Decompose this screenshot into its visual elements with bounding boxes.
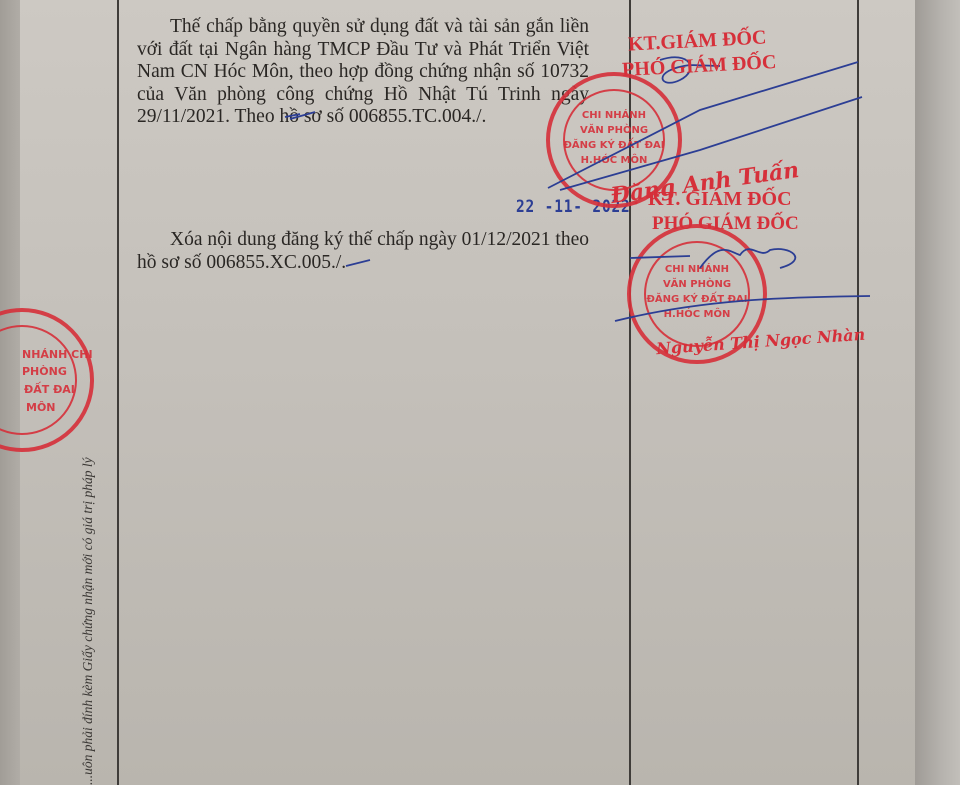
- entry-text: Xóa nội dung đăng ký thế chấp ngày 01/12…: [137, 229, 589, 274]
- background-left: [0, 0, 22, 785]
- entry-text: Thế chấp bằng quyền sử dụng đất và tài s…: [137, 16, 589, 129]
- column-divider: [629, 0, 631, 785]
- background-right: [915, 0, 960, 785]
- entry-mortgage-deletion: Xóa nội dung đăng ký thế chấp ngày 01/12…: [137, 229, 589, 274]
- signature-subtitle: PHÓ GIÁM ĐỐC: [652, 213, 799, 235]
- signature-title: KT. GIÁM ĐỐC: [648, 188, 792, 211]
- margin-rule: [117, 0, 119, 785]
- entry-mortgage: Thế chấp bằng quyền sử dụng đất và tài s…: [137, 16, 589, 129]
- table-right-border: [857, 0, 859, 785]
- vertical-margin-note: ...uôn phải đính kèm Giấy chứng nhận mới…: [80, 457, 96, 785]
